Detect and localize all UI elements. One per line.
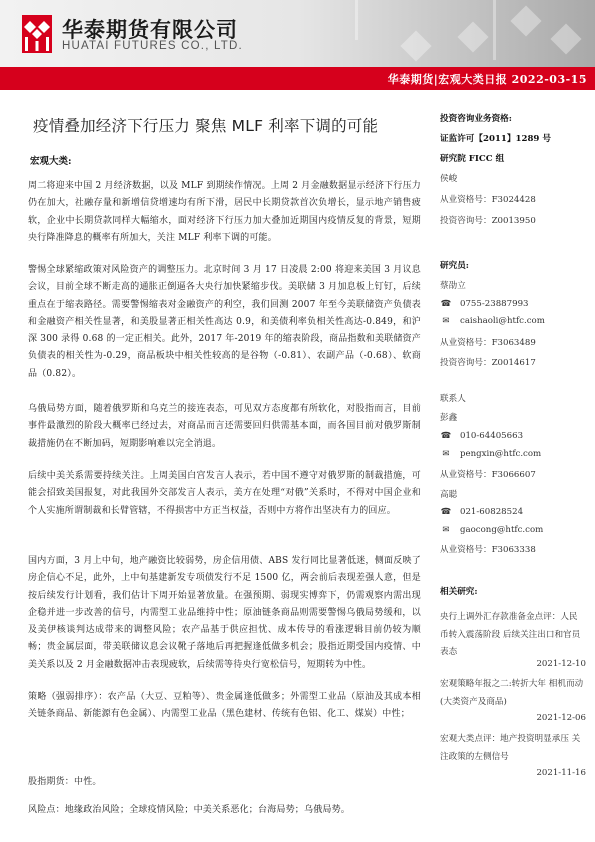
phone-icon: ☎ [440, 431, 452, 441]
contact-email: ✉pengxin@htfc.com [440, 449, 541, 459]
decor-line [493, 0, 496, 60]
email-icon: ✉ [440, 316, 452, 326]
license-number: 证监许可【2011】1289 号 [440, 132, 551, 144]
lead-analyst-advisory-no: 投资咨询号：Z0013950 [440, 214, 536, 226]
section-heading: 宏观大类: [30, 153, 72, 167]
researcher-email-address[interactable]: caishaoli@htfc.com [460, 316, 545, 326]
researcher-phone-number: 0755-23887993 [460, 299, 529, 309]
contacts-label: 联系人 [440, 392, 466, 404]
researcher-advisory-no: 投资咨询号：Z0014617 [440, 356, 536, 368]
decor-diamond [510, 5, 541, 36]
report-title: 疫情叠加经济下行压力 聚焦 MLF 利率下调的可能 [33, 114, 378, 136]
contact-phone-number: 010-64405663 [460, 431, 523, 441]
decor-diamond [457, 21, 488, 52]
paragraph-fed-tightening: 警惕全球紧缩政策对风险资产的调整压力。北京时间 3 月 17 日凌晨 2:00 … [28, 262, 421, 383]
lead-analyst-name: 侯峻 [440, 172, 457, 184]
paragraph-domestic: 国内方面，3 月上中旬，地产融资比较弱势，房企信用债、ABS 发行同比显著低迷，… [28, 553, 421, 674]
email-icon: ✉ [440, 449, 452, 459]
lead-analyst-practice-no: 从业资格号：F3024428 [440, 193, 536, 205]
company-name-en: HUATAI FUTURES CO., LTD. [62, 40, 243, 52]
decor-diamond [400, 30, 431, 61]
report-band: 华泰期货|宏观大类日报 2022-03-15 [0, 67, 595, 90]
paragraph-index-futures: 股指期货：中性。 [28, 774, 421, 791]
contact-name: 彭鑫 [440, 411, 457, 423]
researcher-email: ✉caishaoli@htfc.com [440, 316, 545, 326]
related-research-item[interactable]: 央行上调外汇存款准备金点评：人民币转入震荡阶段 后续关注出口和官员表态 [440, 609, 586, 662]
paragraph-risks: 风险点：地缘政治风险；全球疫情风险；中美关系恶化；台海局势；乌俄局势。 [28, 802, 421, 819]
researcher-phone: ☎0755-23887993 [440, 299, 529, 309]
contact-email-address[interactable]: gaocong@htfc.com [460, 525, 543, 535]
related-research-date: 2021-11-16 [536, 768, 586, 778]
contact-email: ✉gaocong@htfc.com [440, 525, 543, 535]
paragraph-russia-ukraine: 乌俄局势方面，随着俄罗斯和乌克兰的接连表态，可见双方态度都有所软化，对股指而言，… [28, 401, 421, 453]
related-research-label: 相关研究: [440, 585, 478, 597]
researcher-practice-no: 从业资格号：F3063489 [440, 336, 536, 348]
decor-diamond [550, 23, 581, 54]
report-band-label: 华泰期货|宏观大类日报 2022-03-15 [388, 71, 587, 87]
paragraph-sino-us: 后续中美关系需要持续关注。上周美国白宫发言人表示，若中国不遵守对俄罗斯的制裁措施… [28, 468, 421, 520]
company-logo-icon [22, 15, 52, 53]
qualification-label: 投资咨询业务资格: [440, 112, 512, 124]
paragraph-strategy: 策略（强弱排序）：农产品（大豆、豆粕等）、贵金属逢低做多；外需型工业品（原油及其… [28, 689, 421, 724]
report-header: 华泰期货有限公司 HUATAI FUTURES CO., LTD. [0, 0, 595, 67]
contact-phone: ☎010-64405663 [440, 431, 523, 441]
contact-email-address[interactable]: pengxin@htfc.com [460, 449, 541, 459]
related-research-item[interactable]: 宏观策略年报之二:转折大年 相机而动(大类资产及商品) [440, 676, 586, 711]
contact-phone-number: 021-60828524 [460, 507, 523, 517]
researchers-label: 研究员: [440, 259, 469, 271]
related-research-item[interactable]: 宏观大类点评：地产投资明显承压 关注政策的左侧信号 [440, 731, 586, 766]
paragraph-overview: 周二将迎来中国 2 月经济数据，以及 MLF 到期续作情况。上周 2 月金融数据… [28, 178, 421, 247]
contact-phone: ☎021-60828524 [440, 507, 523, 517]
related-research-date: 2021-12-06 [536, 713, 586, 723]
phone-icon: ☎ [440, 507, 452, 517]
researcher-name: 蔡劭立 [440, 279, 466, 291]
email-icon: ✉ [440, 525, 452, 535]
contact-practice-no: 从业资格号：F3063338 [440, 543, 536, 555]
decor-line [355, 0, 358, 40]
contact-name: 高聪 [440, 488, 457, 500]
department: 研究院 FICC 组 [440, 152, 504, 164]
contact-practice-no: 从业资格号：F3066607 [440, 468, 536, 480]
phone-icon: ☎ [440, 299, 452, 309]
related-research-date: 2021-12-10 [536, 659, 586, 669]
